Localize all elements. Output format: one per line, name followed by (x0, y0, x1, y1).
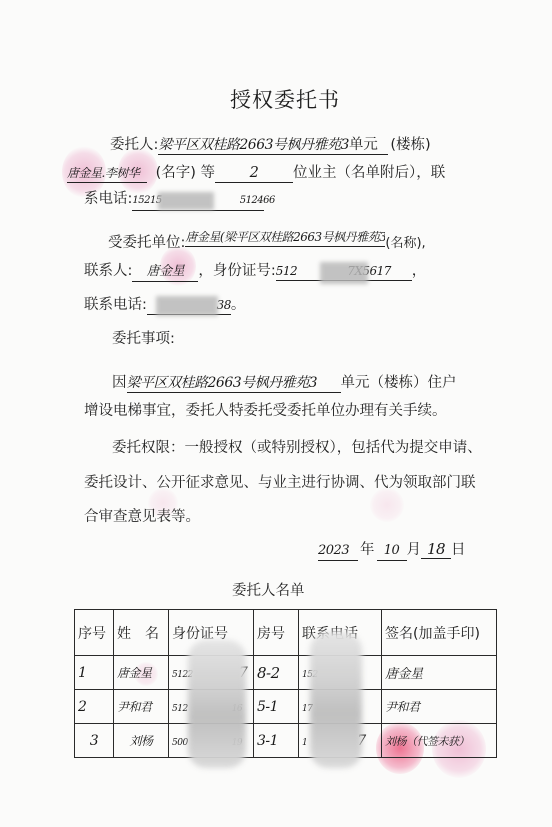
column-header-room: 房号 (254, 610, 299, 656)
scope-line-2: 委托设计、公开征求意见、与业主进行协调、代为领取部门联 (84, 474, 476, 492)
scope-line-3: 合审查意见表等。 (84, 508, 200, 526)
owner-list-table: 序号 姓 名 身份证号 房号 联系电话 签名(加盖手印) 1 唐金星 51227… (74, 609, 497, 758)
matters-line-2: 增设电梯事宜，委托人特委托受委托单位办理有关手续。 (84, 402, 447, 420)
date-day: 18 (421, 540, 451, 559)
table-row: 3 刘杨 50019 3-1 17 刘杨（代签未获） (75, 724, 497, 758)
document-title: 授权委托书 (230, 84, 340, 114)
column-header-no: 序号 (75, 610, 114, 656)
principal-address-field: 梁平区双桂路2663号枫丹雅苑3单元 (158, 136, 388, 155)
column-header-signature: 签名(加盖手印) (382, 610, 497, 656)
row-signature: 唐金星 (382, 656, 497, 690)
matters-line-1: 因梁平区双桂路2663号枫丹雅苑3单元（楼栋）住户 (112, 374, 457, 393)
principal-names-field: 唐金星.李树华 (67, 164, 147, 183)
date-month: 10 (377, 542, 407, 561)
table-header-row: 序号 姓 名 身份证号 房号 联系电话 签名(加盖手印) (75, 610, 497, 656)
principal-label: 委托人: (110, 137, 158, 153)
column-header-name: 姓 名 (114, 610, 169, 656)
row-signature: 尹和君 (382, 690, 497, 724)
scope-line-1: 委托权限：一般授权（或特别授权），包括代为提交申请、 (112, 439, 482, 457)
owner-count-field: 2 (215, 164, 293, 183)
row-signature: 刘杨（代签未获） (382, 724, 497, 758)
signing-date: 2023年10月18日 (318, 540, 466, 561)
agent-contact-line: 联系人:唐金星，身份证号:5127X5617， (84, 262, 426, 282)
row-room: 8-2 (254, 656, 299, 690)
table-row: 2 尹和君 51216 5-1 17 尹和君 (75, 690, 497, 724)
matters-label: 委托事项: (112, 330, 175, 348)
row-name: 刘杨 (114, 724, 169, 758)
redaction-blur (158, 192, 214, 210)
row-name: 尹和君 (114, 690, 169, 724)
redaction-blur (310, 632, 362, 768)
matters-address-field: 梁平区双桂路2663号枫丹雅苑3 (127, 374, 341, 393)
row-no: 3 (75, 724, 114, 758)
fingerprint-mark (370, 488, 404, 522)
row-name: 唐金星 (114, 656, 169, 690)
principal-line: 委托人:梁平区双桂路2663号枫丹雅苑3单元(楼栋) (110, 136, 431, 155)
row-room: 3-1 (254, 724, 299, 758)
redaction-blur (320, 262, 368, 284)
date-year: 2023 (318, 542, 358, 561)
row-no: 1 (75, 656, 114, 690)
owner-list-title: 委托人名单 (232, 582, 305, 600)
redaction-blur (188, 640, 246, 768)
principal-names-line: 唐金星.李树华 (名字) 等2位业主（名单附后），联 (67, 164, 445, 183)
unit-note: (楼栋) (390, 137, 430, 153)
agent-unit-line: 受委托单位:唐金星(梁平区双桂路2663号枫丹雅苑3单元)(名称), (108, 228, 426, 253)
agent-unit-field: 唐金星(梁平区双桂路2663号枫丹雅苑3单元) (185, 228, 385, 247)
redaction-blur (156, 296, 218, 316)
table-row: 1 唐金星 51227 8-2 152 唐金星 (75, 656, 497, 690)
agent-contact-field: 唐金星 (132, 263, 198, 282)
row-no: 2 (75, 690, 114, 724)
row-room: 5-1 (254, 690, 299, 724)
